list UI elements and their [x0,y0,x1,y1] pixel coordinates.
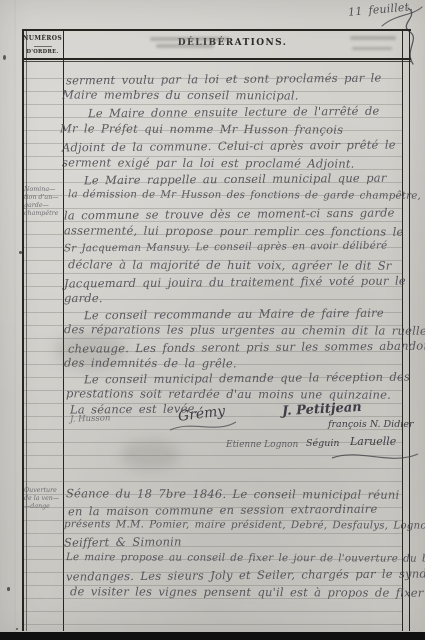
ghost-stamp [156,44,214,48]
signature: J. Husson [70,413,111,424]
manuscript-line: Le Maire donne ensuite lecture de l'arrê… [88,104,380,121]
register-page-scan: 11 feuillet. NUMÉROS D'ORDRE. DÉLIBÉRATI… [0,0,425,640]
faded-print-block [350,36,396,40]
header-separator-thin [22,61,411,62]
manuscript-line: Le conseil municipal demande que la réce… [84,370,410,387]
manuscript-line: Adjoint de la commune. Celui-ci après av… [62,138,396,155]
order-column-header-line1: NUMÉROS [22,35,63,42]
manuscript-line: la commune se trouve dès ce moment-ci sa… [64,206,395,223]
signature: Laruelle [350,435,396,448]
manuscript-line: des réparations les plus urgentes au che… [64,322,425,338]
manuscript-line: assermenté, lui propose pour remplir ces… [64,223,404,238]
manuscript-line: en la maison commune en session extraord… [68,502,378,519]
ink-speck [16,628,18,630]
manuscript-line: déclare à la majorité de huit voix, agré… [68,257,392,272]
manuscript-line: serment voulu par la loi et sont proclam… [66,71,382,88]
scan-edge-band [0,632,425,640]
manuscript-line: Séance du 18 7bre 1846. Le conseil munic… [66,486,399,501]
manuscript-line: Le maire propose au conseil de fixer le … [66,551,425,565]
margin-note: Ouverture de la ven— —dange [24,487,64,511]
manuscript-line: Maire membres du conseil municipal. [62,87,299,102]
manuscript-line: Le Maire rappelle au conseil municipal q… [84,171,387,188]
manuscript-line: de visiter les vignes pensent qu'il est … [70,584,424,600]
manuscript-line: Le conseil recommande au Maire de faire … [84,306,384,323]
manuscript-line: Jacquemard qui jouira du traitement fixé… [64,274,406,291]
ink-speck [3,55,6,60]
table-border-top [22,29,411,31]
signature: françois N. Didier [328,419,414,430]
manuscript-line: Seiffert & Simonin [64,534,182,549]
page-crease [14,0,16,632]
signature-flourish-icon [168,418,238,436]
signature: Etienne Lognon [226,440,298,450]
manuscript-line: serment exigé par la loi est proclamé Ad… [62,155,355,170]
ink-speck [19,251,22,254]
order-column-header-rule [34,46,52,47]
margin-note: Nomina— tion d'un— garde— champêtre [24,186,64,218]
faded-print-block [352,47,392,50]
signature-flourish-icon [330,448,420,468]
manuscript-line: prestations soit retardée d'au moins une… [66,386,391,401]
ghost-stamp [150,37,230,41]
header-separator-thick [22,58,411,60]
paper-smudge [120,440,180,470]
manuscript-line: la démission de Mr Husson des fonctions … [68,188,421,202]
manuscript-line: garde. [64,291,103,305]
manuscript-line: Mr le Préfet qui nomme Mr Husson françoi… [60,121,343,136]
manuscript-line: présents M.M. Pomier, maire président, D… [64,518,425,532]
ink-speck [7,587,10,591]
paper-smudge [55,330,125,370]
order-column-header-line2: D'ORDRE. [22,49,63,55]
page-title: DÉLIBÉRATIONS. [63,38,402,48]
